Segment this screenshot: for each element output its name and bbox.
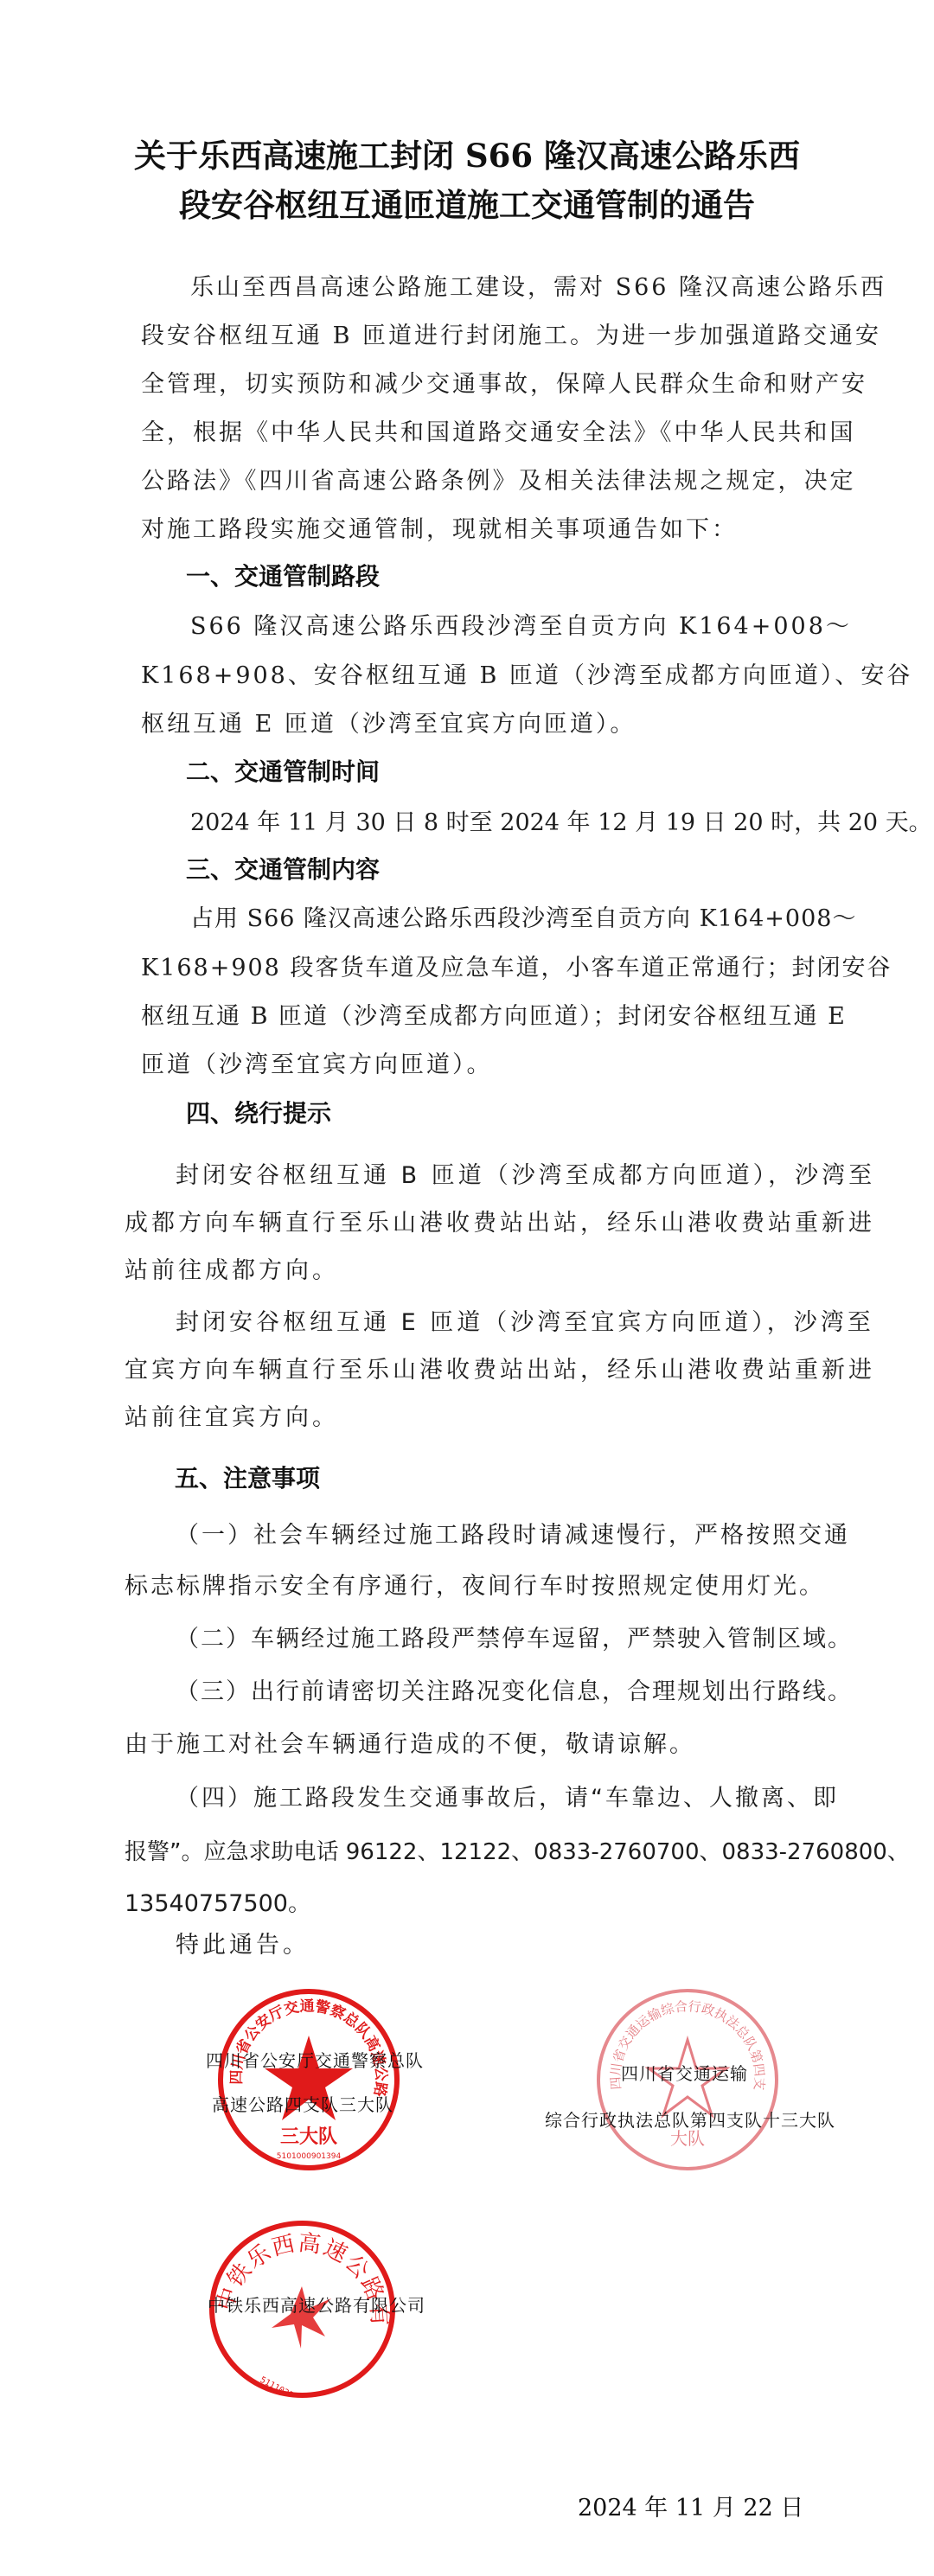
closing-text: 特此通告。 (176, 1928, 310, 1963)
svg-text:三大队: 三大队 (280, 2126, 337, 2148)
section-line: 匝道（沙湾至宜宾方向匝道）。 (141, 1048, 885, 1083)
red-star-icon: 四川省公安厅交通警察总队高速公路四支队 三大队 5101000901394 (223, 1994, 394, 2165)
section-line: 枢纽互通 B 匝道（沙湾至成都方向匝道）；封闭安谷枢纽互通 E (141, 1000, 885, 1034)
section-heading: 三、交通管制内容 (186, 853, 380, 887)
notice-title-line-1: 关于乐西高速施工封闭 S66 隆汉高速公路乐西 (0, 130, 934, 176)
section-line: （一）社会车辆经过施工路段时请减速慢行，严格按照交通 (176, 1518, 850, 1553)
signatory-3-line-1: 中铁乐西高速公路有限公司 (208, 2292, 425, 2317)
intro-line: 全管理，切实预防和减少交通事故，保障人民群众生命和财产安 (141, 368, 885, 402)
section-line: S66 隆汉高速公路乐西段沙湾至自贡方向 K164+008～ (190, 610, 934, 644)
section-line: 2024 年 11 月 30 日 8 时至 2024 年 12 月 19 日 2… (190, 806, 934, 841)
section-line: 占用 S66 隆汉高速公路乐西段沙湾至自贡方向 K164+008～ (190, 902, 934, 936)
intro-line: 公路法》《四川省高速公路条例》及相关法律法规之规定，决定 (141, 464, 885, 499)
section-heading: 一、交通管制路段 (186, 559, 380, 594)
section-line: 封闭安谷枢纽互通 B 匝道（沙湾至成都方向匝道），沙湾至 (176, 1159, 875, 1193)
svg-text:5111025079951: 5111025079951 (259, 2375, 323, 2393)
notice-date: 2024 年 11 月 22 日 (578, 2489, 803, 2522)
intro-line: 全，根据《中华人民共和国道路交通安全法》《中华人民共和国 (141, 416, 885, 451)
section-line: K168+908 段客货车道及应急车道，小客车道正常通行；封闭安谷 (141, 951, 885, 986)
intro-line: 乐山至西昌高速公路施工建设，需对 S66 隆汉高速公路乐西 (190, 271, 934, 305)
notice-title-line-2: 段安谷枢纽互通匝道施工交通管制的通告 (0, 179, 934, 226)
section-line: （三）出行前请密切关注路况变化信息，合理规划出行路线。 (176, 1675, 853, 1710)
intro-line: 对施工路段实施交通管制，现就相关事项通告如下： (141, 513, 885, 547)
signatory-1-line-2: 高速公路四支队三大队 (212, 2091, 393, 2116)
svg-text:5101000901394: 5101000901394 (277, 2152, 342, 2161)
section-line: 枢纽互通 E 匝道（沙湾至宜宾方向匝道）。 (141, 707, 885, 742)
section-line: （二）车辆经过施工路段严禁停车逗留，严禁驶入管制区域。 (176, 1622, 853, 1657)
section-line: 成都方向车辆直行至乐山港收费站出站，经乐山港收费站重新进 (125, 1206, 875, 1241)
section-line: 报警”。应急求助电话 96122、12122、0833-2760700、0833… (125, 1835, 910, 1870)
section-line: K168+908、安谷枢纽互通 B 匝道（沙湾至成都方向匝道）、安谷 (141, 659, 885, 694)
section-line: 站前往成都方向。 (125, 1254, 339, 1288)
section-heading: 五、注意事项 (175, 1461, 320, 1496)
official-seal-traffic-police: 四川省公安厅交通警察总队高速公路四支队 三大队 5101000901394 (218, 1989, 400, 2170)
section-line: 封闭安谷枢纽互通 E 匝道（沙湾至宜宾方向匝道），沙湾至 (176, 1306, 874, 1340)
section-line: 站前往宜宾方向。 (125, 1401, 339, 1435)
section-line: 宜宾方向车辆直行至乐山港收费站出站，经乐山港收费站重新进 (125, 1353, 875, 1388)
section-heading: 四、绕行提示 (186, 1096, 331, 1131)
section-line: （四）施工路段发生交通事故后，请“车靠边、人撤离、即 (176, 1781, 839, 1816)
intro-line: 段安谷枢纽互通 B 匝道进行封闭施工。为进一步加强道路交通安 (141, 319, 885, 354)
section-line: 由于施工对社会车辆通行造成的不便，敬请谅解。 (125, 1728, 695, 1762)
section-line: 标志标牌指示安全有序通行，夜间行车时按照规定使用灯光。 (125, 1569, 825, 1604)
signatory-2-line-2: 综合行政执法总队第四支队十三大队 (545, 2106, 835, 2132)
signatory-2-line-1: 四川省交通运输 (621, 2060, 748, 2085)
section-line: 13540757500。 (125, 1887, 311, 1921)
signatory-1-line-1: 四川省公安厅交通警察总队 (206, 2047, 424, 2072)
section-heading: 二、交通管制时间 (186, 755, 380, 789)
